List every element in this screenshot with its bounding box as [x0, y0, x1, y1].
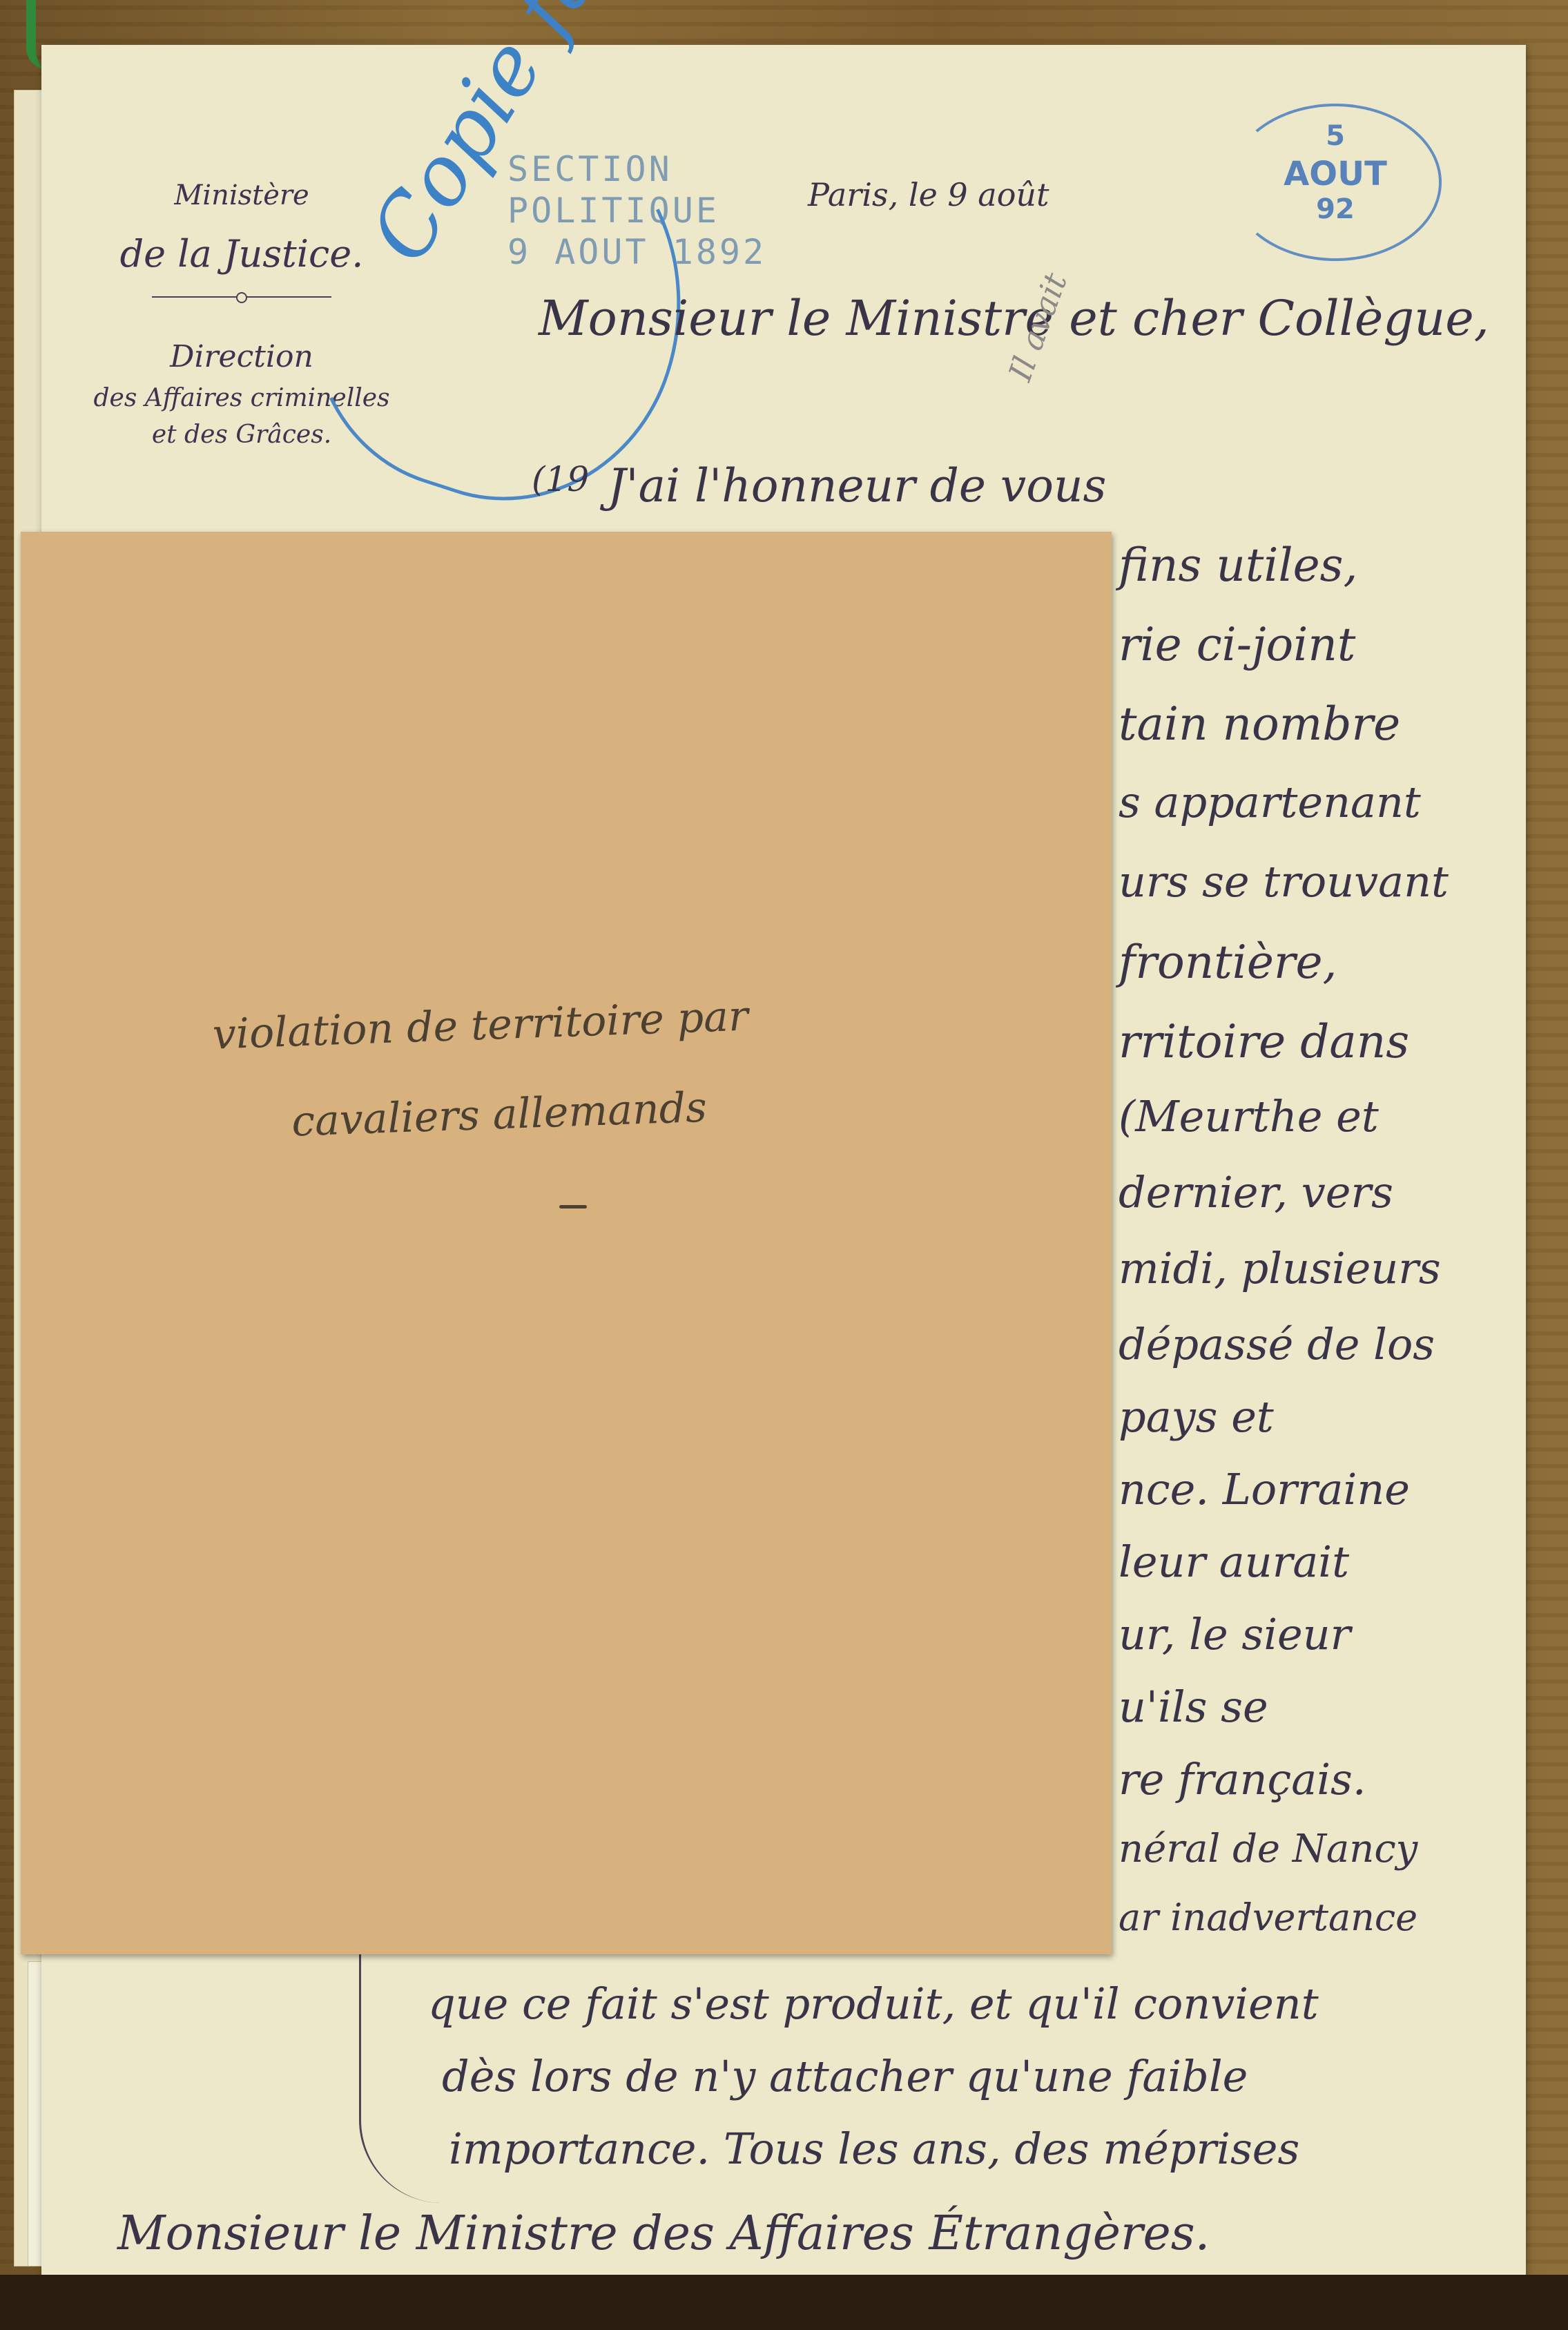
body-line: pays et — [1119, 1392, 1274, 1442]
body-line: rritoire dans — [1119, 1015, 1409, 1068]
folder-note-line2: cavaliers allemands — [290, 1061, 753, 1166]
body-line: dès lors de n'y attacher qu'une faible — [442, 2051, 1248, 2101]
body-line: re français. — [1119, 1754, 1366, 1804]
body-line: importance. Tous les ans, des méprises — [449, 2124, 1299, 2174]
body-line: dépassé de los — [1119, 1319, 1435, 1369]
body-line: leur aurait — [1119, 1537, 1349, 1587]
folder-card-note: violation de territoire par cavaliers al… — [211, 972, 753, 1170]
body-line: dernier, vers — [1119, 1167, 1393, 1217]
ornamental-divider — [152, 296, 331, 298]
body-line: ar inadvertance — [1119, 1896, 1417, 1939]
body-line: frontière, — [1119, 936, 1337, 989]
body-line: u'ils se — [1119, 1682, 1268, 1732]
addressee-line: Monsieur le Ministre des Affaires Étrang… — [117, 2206, 1210, 2261]
bottom-shadow — [0, 2275, 1568, 2330]
folder-card-dash-mark — [559, 1205, 587, 1209]
reference-number: (19 — [532, 459, 589, 499]
body-line: néral de Nancy — [1119, 1827, 1417, 1871]
body-line: que ce fait s'est produit, et qu'il conv… — [428, 1978, 1319, 2029]
body-line: tain nombre — [1119, 697, 1400, 751]
body-line: midi, plusieurs — [1119, 1243, 1441, 1293]
dateline: Paris, le 9 août — [808, 176, 1049, 213]
date-received-stamp: 5 AOUT 92 — [1229, 104, 1442, 261]
folder-card — [21, 532, 1112, 1954]
body-line: J'ai l'honneur de vous — [608, 459, 1106, 512]
body-line: rie ci-joint — [1119, 618, 1355, 671]
body-line: nce. Lorraine — [1119, 1464, 1410, 1514]
body-line: urs se trouvant — [1119, 856, 1449, 907]
body-line: fins utiles, — [1119, 539, 1358, 592]
body-line: (Meurthe et — [1119, 1091, 1379, 1142]
body-line: s appartenant — [1119, 777, 1421, 827]
body-line: ur, le sieur — [1119, 1609, 1351, 1659]
